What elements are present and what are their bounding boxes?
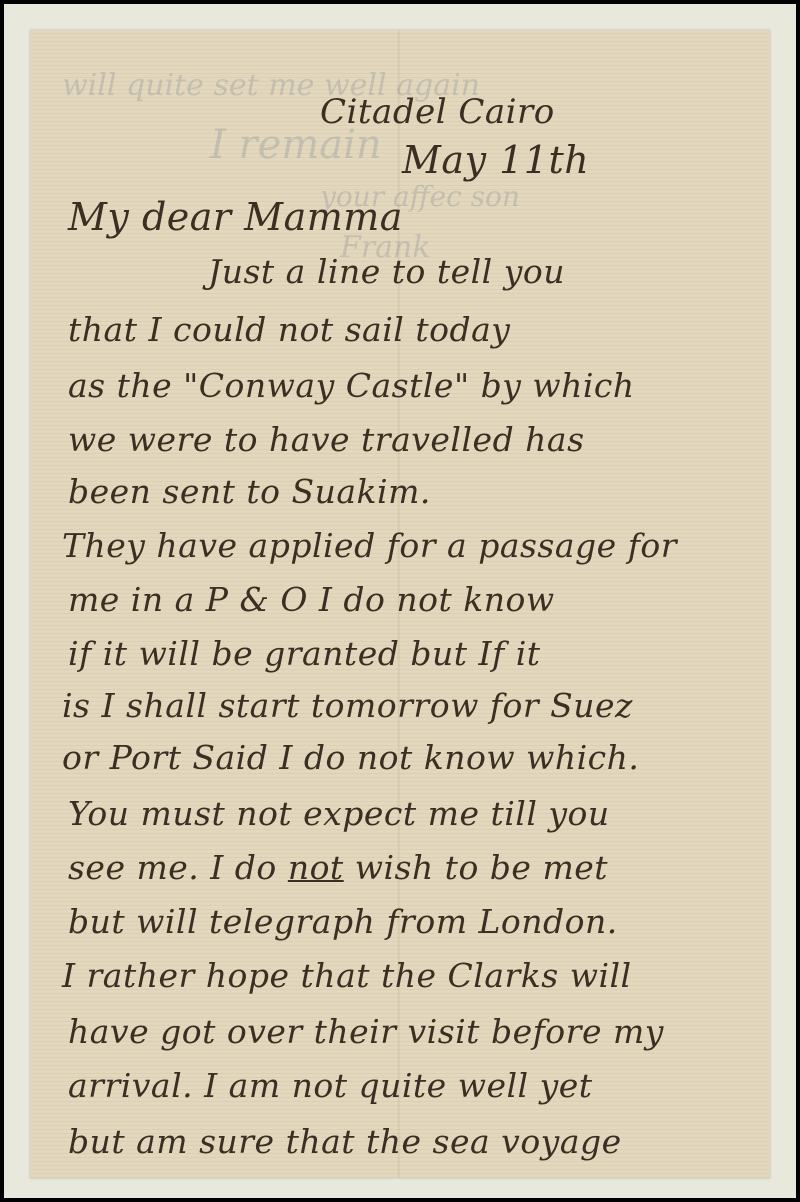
mount-frame: will quite set me well again I remain yo… (4, 4, 796, 1198)
body-line: as the "Conway Castle" by which (68, 366, 635, 405)
letter-page: will quite set me well again I remain yo… (30, 30, 770, 1178)
emphasized-word: not (288, 848, 344, 887)
body-line: see me. I do not wish to be met (68, 848, 608, 887)
body-line: Just a line to tell you (208, 252, 565, 291)
body-line: You must not expect me till you (68, 794, 610, 833)
body-line: I rather hope that the Clarks will (62, 956, 632, 995)
body-text: see me. I do (68, 848, 277, 887)
body-line: been sent to Suakim. (68, 472, 431, 511)
body-line: but will telegraph from London. (68, 902, 618, 941)
body-line: that I could not sail today (68, 310, 510, 349)
body-line: me in a P & O I do not know (68, 580, 555, 619)
body-line: have got over their visit before my (68, 1012, 664, 1051)
body-text: wish to be met (355, 848, 608, 887)
letter-address: Citadel Cairo (320, 92, 555, 132)
body-line: or Port Said I do not know which. (62, 738, 639, 777)
body-line: if it will be granted but If it (68, 634, 541, 673)
salutation: My dear Mamma (68, 195, 403, 239)
body-line: is I shall start tomorrow for Suez (62, 686, 633, 725)
body-line: arrival. I am not quite well yet (68, 1066, 593, 1105)
letter-date: May 11th (402, 138, 589, 182)
body-line: They have applied for a passage for (62, 526, 677, 565)
body-line: we were to have travelled has (68, 420, 585, 459)
body-line: but am sure that the sea voyage (68, 1122, 622, 1161)
